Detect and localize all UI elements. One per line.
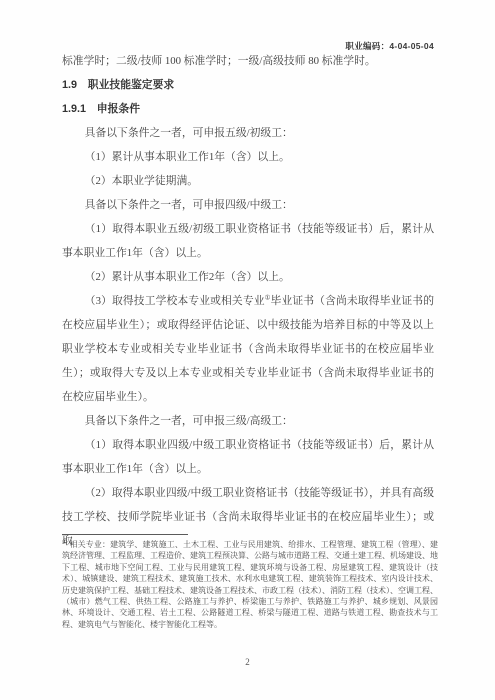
document-page: 职业编码：4-04-05-04 标准学时；二级/技师 100 标准学时；一级/高… [0, 0, 495, 700]
footnote-area: ① 相关专业：建筑学、建筑施工、土木工程、工业与民用建筑、给排水、工程管理、建筑… [62, 534, 438, 630]
paragraph: 具备以下条件之一者，可申报五级/初级工： [62, 121, 434, 145]
footnote-separator [62, 534, 188, 535]
paragraph: （1）取得本职业五级/初级工职业资格证书（技能等级证书）后，累计从事本职业工作1… [62, 217, 434, 265]
paragraph: 具备以下条件之一者，可申报四级/中级工： [62, 193, 434, 217]
section-heading: 1.9 职业技能鉴定要求 [62, 73, 434, 97]
document-body: 标准学时；二级/技师 100 标准学时；一级/高级技师 80 标准学时。1.9 … [62, 49, 434, 553]
footnote-text: ① 相关专业：建筑学、建筑施工、土木工程、工业与民用建筑、给排水、工程管理、建筑… [62, 539, 438, 630]
paragraph: （1）累计从事本职业工作1年（含）以上。 [62, 145, 434, 169]
paragraph: （2）累计从事本职业工作2年（含）以上。 [62, 265, 434, 289]
paragraph: 具备以下条件之一者，可申报三级/高级工： [62, 409, 434, 433]
section-heading: 1.9.1 申报条件 [62, 97, 434, 121]
footnote-body: 相关专业：建筑学、建筑施工、土木工程、工业与民用建筑、给排水、工程管理、建筑工程… [62, 540, 438, 629]
paragraph: （2）本职业学徒期满。 [62, 169, 434, 193]
paragraph: 标准学时；二级/技师 100 标准学时；一级/高级技师 80 标准学时。 [62, 49, 434, 73]
page-number: 2 [0, 657, 495, 667]
paragraph: （3）取得技工学校本专业或相关专业①毕业证书（含尚未取得毕业证书的在校应届毕业生… [62, 289, 434, 409]
paragraph: （1）取得本职业四级/中级工职业资格证书（技能等级证书）后，累计从事本职业工作1… [62, 433, 434, 481]
